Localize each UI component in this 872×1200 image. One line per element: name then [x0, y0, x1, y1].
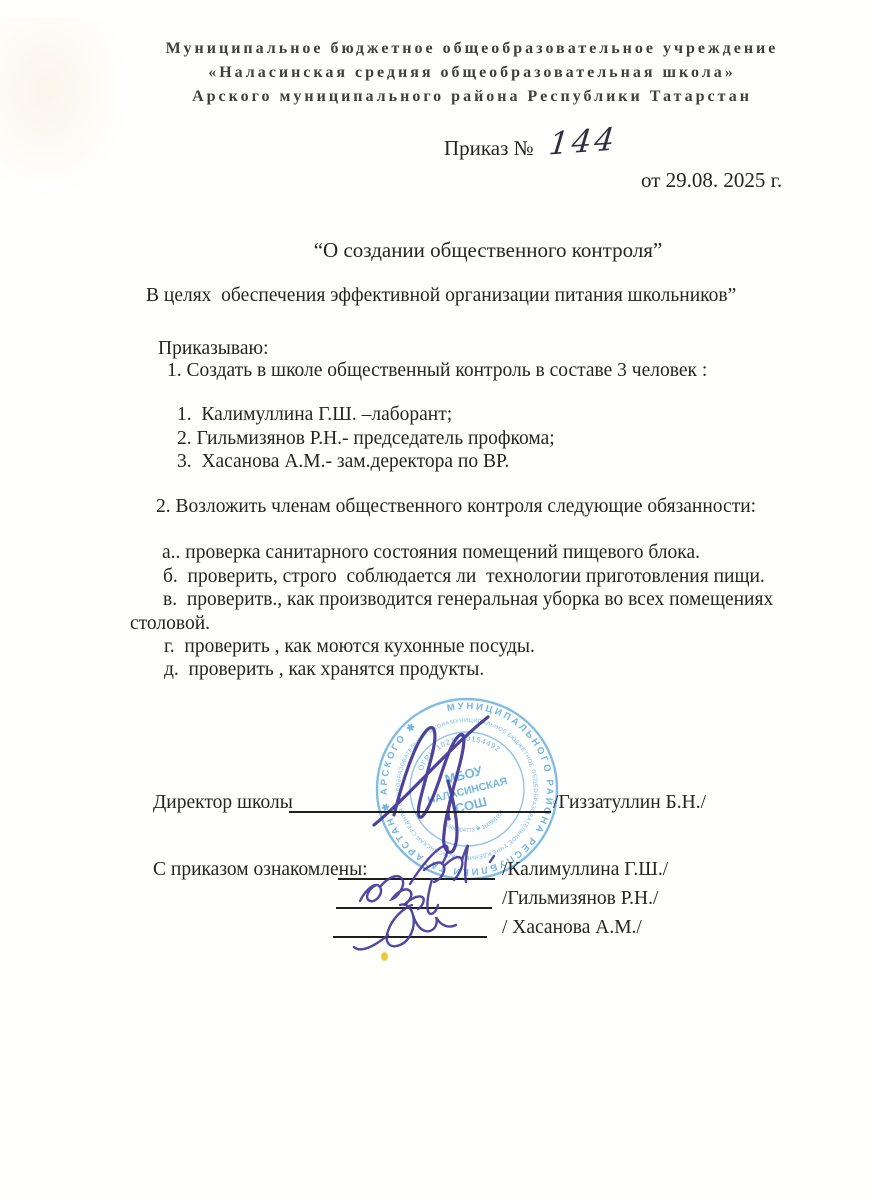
duty-list-item: б. проверить, строго соблюдается ли техн…: [163, 565, 765, 588]
order-date: от 29.08. 2025 г.: [641, 169, 782, 192]
order-item-2: 2. Возложить членам общественного контро…: [156, 495, 756, 518]
order-purpose: В целях обеспечения эффективной организа…: [146, 284, 736, 307]
yellow-speck-artifact: [381, 952, 388, 961]
ack-signature-khasanova: [350, 895, 470, 957]
director-signature: [356, 697, 506, 862]
org-name-line1: Муниципальное бюджетное общеобразователь…: [72, 37, 872, 61]
duty-list-item: д. проверить , как хранятся продукты.: [164, 658, 484, 681]
ack-name: /Гильмизянов Р.Н./: [502, 887, 658, 910]
member-list-item: 2. Гильмизянов Р.Н.- председатель профко…: [177, 427, 555, 450]
order-title: “О создании общественного контроля”: [0, 239, 872, 262]
duty-list-item: а.. проверка санитарного состояния помещ…: [162, 541, 700, 564]
director-signature-line: [289, 811, 551, 813]
order-number-row: Приказ № 144: [444, 127, 617, 163]
decree-word: Приказываю:: [158, 337, 269, 360]
duty-list-item-continuation: столовой.: [130, 612, 210, 635]
org-name-line2: «Наласинская средняя общеобразовательная…: [72, 61, 872, 85]
document-header: Муниципальное бюджетное общеобразователь…: [72, 37, 872, 109]
ack-name: /Калимуллина Г.Ш./: [502, 858, 668, 881]
duty-list-item: г. проверить , как моются кухонные посуд…: [164, 635, 535, 658]
director-label: Директор школы: [153, 791, 293, 814]
order-item-1: 1. Создать в школе общественный контроль…: [167, 359, 707, 382]
acknowledged-label: С приказом ознакомлены:: [153, 858, 368, 881]
duty-list-item: в. проверитв., как производится генераль…: [163, 588, 773, 611]
member-list-item: 1. Калимуллина Г.Ш. –лаборант;: [177, 403, 452, 426]
ack-name: / Хасанова А.М./: [502, 916, 642, 939]
order-number-handwritten: 144: [547, 121, 619, 162]
director-name: /Гиззатуллин Б.Н./: [553, 791, 706, 814]
org-name-line3: Арского муниципального района Республики…: [72, 85, 872, 109]
order-number-label: Приказ №: [444, 136, 534, 160]
scanned-order-document: Муниципальное бюджетное общеобразователь…: [0, 0, 872, 1200]
member-list-item: 3. Хасанова А.М.- зам.деректора по ВР.: [177, 450, 509, 473]
